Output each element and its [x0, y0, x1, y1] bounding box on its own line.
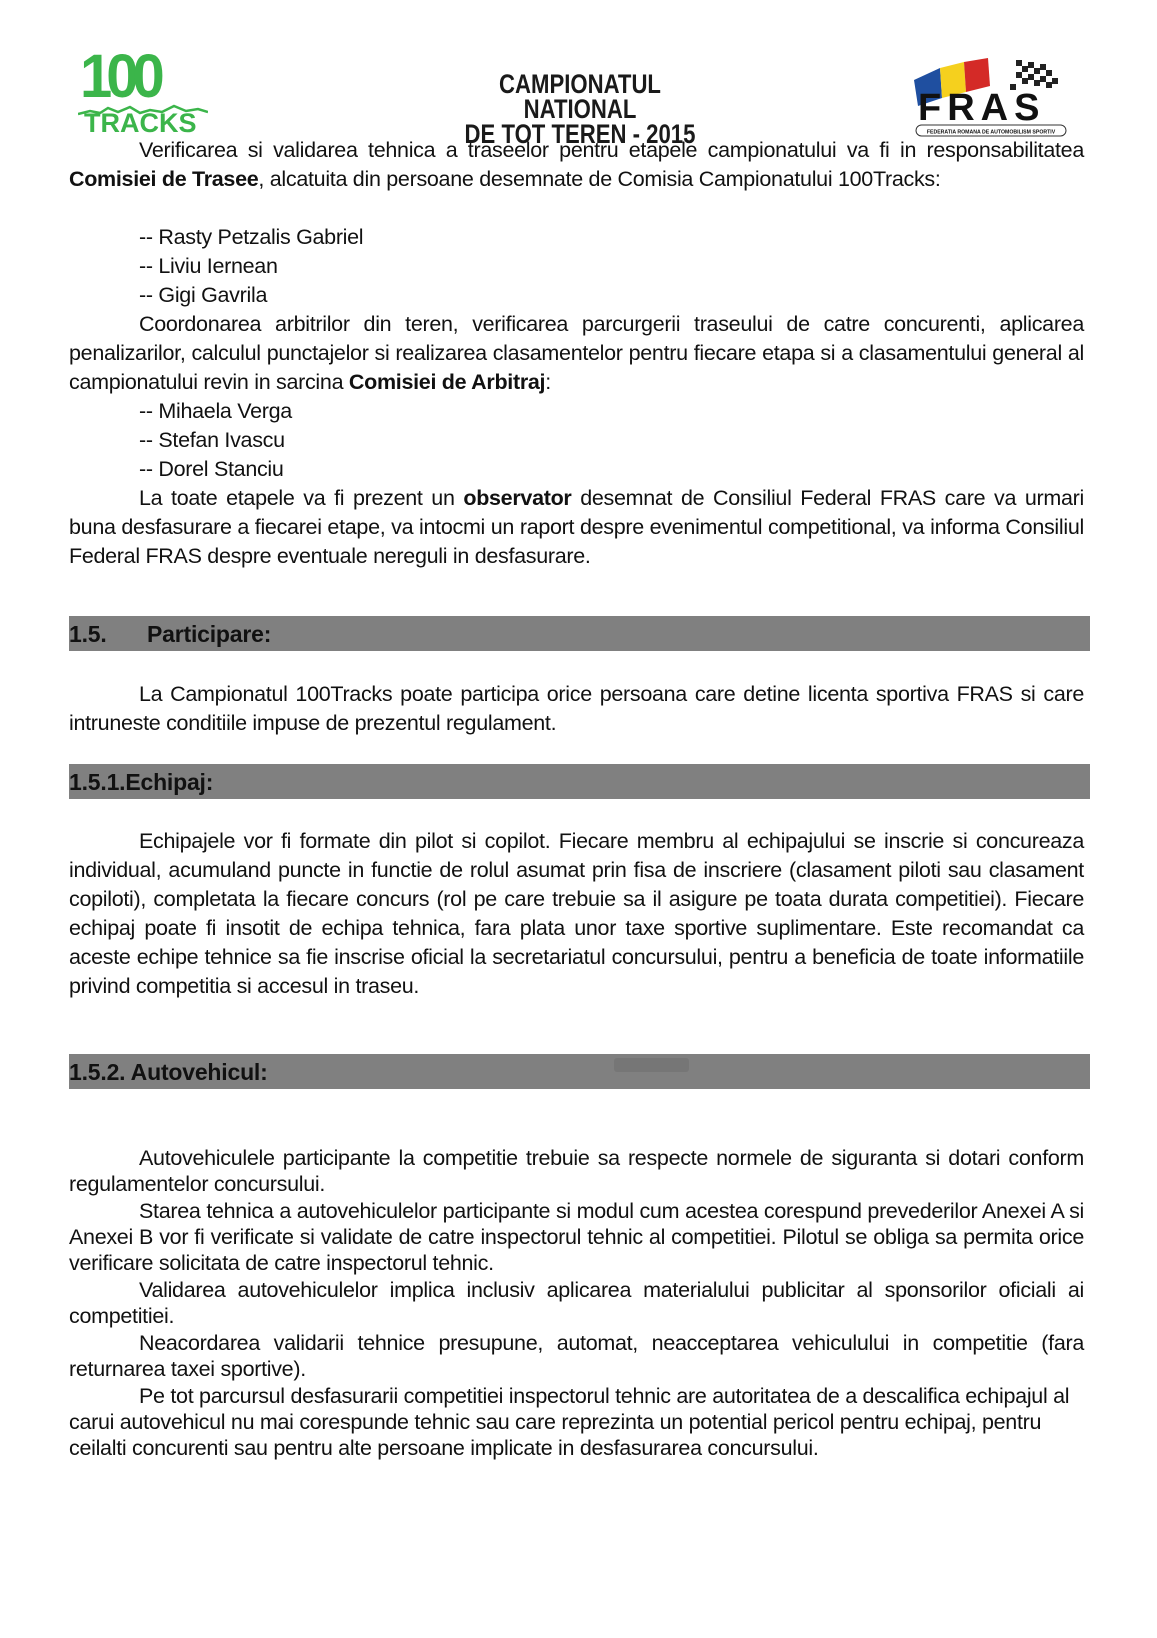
section-heading-participare: 1.5. Participare: — [69, 616, 1090, 651]
paragraph-participare: La Campionatul 100Tracks poate participa… — [69, 680, 1084, 738]
fras-logo-icon: FRAS FEDERATIA ROMANA DE AUTOMOBILISM SP… — [912, 58, 1072, 138]
paragraph-observator: La toate etapele va fi prezent un observ… — [69, 484, 1084, 571]
text: Verificarea si validarea tehnica a trase… — [139, 138, 1084, 162]
bold-comisia-arbitraj: Comisiei de Arbitraj — [349, 370, 545, 394]
text: Autovehiculele participante la competiti… — [69, 1146, 1084, 1196]
text: : — [545, 370, 551, 394]
list-item: -- Liviu Iernean — [139, 252, 278, 281]
section-number: 1.5. — [69, 621, 107, 648]
list-item: -- Stefan Ivascu — [139, 426, 285, 455]
scan-artifact — [614, 1058, 689, 1072]
bold-comisia-trasee: Comisiei de Trasee — [69, 167, 258, 191]
text: Neacordarea validarii tehnice presupune,… — [69, 1331, 1084, 1381]
title-line-1: CAMPIONATUL NATIONAL — [449, 72, 711, 122]
paragraph-trasee: Verificarea si validarea tehnica a trase… — [69, 136, 1084, 194]
paragraph-autovehicul-3: Validarea autovehiculelor implica inclus… — [69, 1277, 1084, 1329]
section-title: Participare: — [147, 621, 271, 648]
text: Starea tehnica a autovehiculelor partici… — [69, 1199, 1084, 1275]
text: Pe tot parcursul desfasurarii competitie… — [69, 1384, 1069, 1460]
logo-number: 100 — [80, 47, 159, 108]
list-item: -- Gigi Gavrila — [139, 281, 267, 310]
text: Coordonarea arbitrilor din teren, verifi… — [69, 312, 1084, 394]
list-item: -- Rasty Petzalis Gabriel — [139, 223, 363, 252]
section-title: 1.5.2. Autovehicul: — [69, 1059, 268, 1086]
paragraph-autovehicul-2: Starea tehnica a autovehiculelor partici… — [69, 1198, 1084, 1276]
paragraph-echipaj: Echipajele vor fi formate din pilot si c… — [69, 827, 1084, 1001]
bold-observator: observator — [463, 486, 571, 510]
section-heading-echipaj: 1.5.1.Echipaj: — [69, 764, 1090, 799]
logo-word: TRACKS — [84, 110, 197, 137]
text: Echipajele vor fi formate din pilot si c… — [69, 829, 1084, 998]
text: La Campionatul 100Tracks poate participa… — [69, 682, 1084, 735]
section-title: 1.5.1.Echipaj: — [69, 769, 213, 796]
paragraph-autovehicul-4: Neacordarea validarii tehnice presupune,… — [69, 1330, 1084, 1382]
svg-text:FEDERATIA ROMANA DE AUTOMOBILI: FEDERATIA ROMANA DE AUTOMOBILISM SPORTIV — [927, 130, 1056, 136]
100tracks-logo: 100 TRACKS — [76, 52, 206, 136]
paragraph-autovehicul-5: Pe tot parcursul desfasurarii competitie… — [69, 1383, 1084, 1461]
section-heading-autovehicul: 1.5.2. Autovehicul: — [69, 1054, 1090, 1089]
text: , alcatuita din persoane desemnate de Co… — [258, 167, 940, 191]
text: Validarea autovehiculelor implica inclus… — [69, 1278, 1084, 1328]
paragraph-autovehicul-1: Autovehiculele participante la competiti… — [69, 1145, 1084, 1197]
list-item: -- Dorel Stanciu — [139, 455, 284, 484]
document-page: 100 TRACKS CAMPIONATUL NATIONAL DE TOT T… — [0, 0, 1157, 1638]
paragraph-arbitraj: Coordonarea arbitrilor din teren, verifi… — [69, 310, 1084, 397]
svg-text:FRAS: FRAS — [918, 87, 1045, 129]
list-item: -- Mihaela Verga — [139, 397, 292, 426]
text: La toate etapele va fi prezent un — [139, 486, 463, 510]
